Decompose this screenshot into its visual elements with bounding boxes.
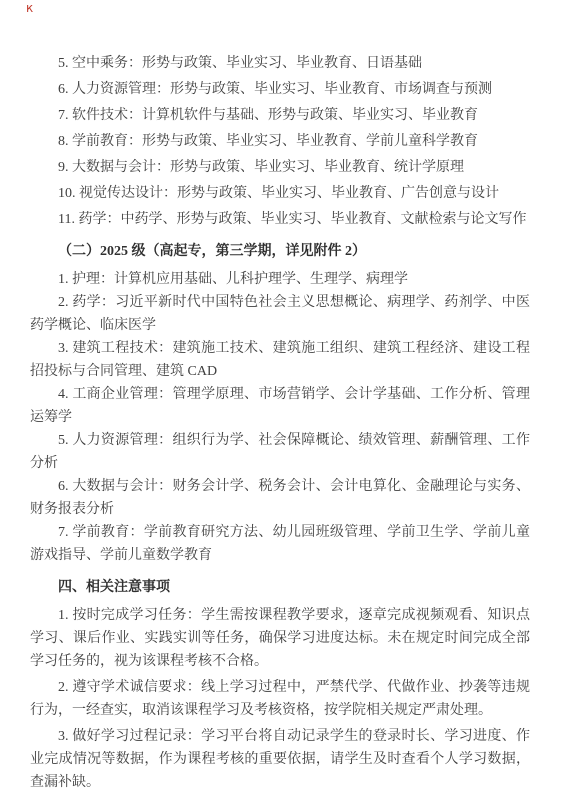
course-list-item: 8. 学前教育：形势与政策、毕业实习、毕业教育、学前儿童科学教育 [30, 130, 530, 153]
course-list-item: 2. 药学：习近平新时代中国特色社会主义思想概论、病理学、药剂学、中医药学概论、… [30, 291, 530, 337]
course-list-item: 11. 药学：中药学、形势与政策、毕业实习、毕业教育、文献检索与论文写作 [30, 208, 530, 231]
section-heading-2025-level: （二）2025 级（高起专，第三学期，详见附件 2） [30, 240, 530, 263]
course-list-item: 6. 大数据与会计：财务会计学、税务会计、会计电算化、金融理论与实务、财务报表分… [30, 475, 530, 521]
course-list-item: 10. 视觉传达设计：形势与政策、毕业实习、毕业教育、广告创意与设计 [30, 182, 530, 205]
course-list-item: 3. 建筑工程技术：建筑施工技术、建筑施工组织、建筑工程经济、建设工程招投标与合… [30, 337, 530, 383]
course-list-item: 6. 人力资源管理：形势与政策、毕业实习、毕业教育、市场调查与预测 [30, 78, 530, 101]
red-corner-mark: к [26, 2, 33, 14]
document-content: 5. 空中乘务：形势与政策、毕业实习、毕业教育、日语基础 6. 人力资源管理：形… [0, 0, 563, 794]
notes-section: 1. 按时完成学习任务：学生需按课程教学要求，逐章完成视频观看、知识点学习、课后… [30, 604, 530, 794]
course-list-item: 1. 护理：计算机应用基础、儿科护理学、生理学、病理学 [30, 268, 530, 291]
note-item: 1. 按时完成学习任务：学生需按课程教学要求，逐章完成视频观看、知识点学习、课后… [30, 604, 530, 673]
course-list-item: 4. 工商企业管理：管理学原理、市场营销学、会计学基础、工作分析、管理运筹学 [30, 383, 530, 429]
course-list-item: 7. 学前教育：学前教育研究方法、幼儿园班级管理、学前卫生学、学前儿童游戏指导、… [30, 521, 530, 567]
course-list-item: 7. 软件技术：计算机软件与基础、形势与政策、毕业实习、毕业教育 [30, 104, 530, 127]
course-list-section-first: 5. 空中乘务：形势与政策、毕业实习、毕业教育、日语基础 6. 人力资源管理：形… [30, 52, 530, 231]
note-item: 2. 遵守学术诚信要求：线上学习过程中，严禁代学、代做作业、抄袭等违规行为，一经… [30, 676, 530, 722]
section-heading-notes: 四、相关注意事项 [30, 576, 530, 599]
document-page: к 5. 空中乘务：形势与政策、毕业实习、毕业教育、日语基础 6. 人力资源管理… [0, 0, 563, 795]
course-list-item: 5. 人力资源管理：组织行为学、社会保障概论、绩效管理、薪酬管理、工作分析 [30, 429, 530, 475]
course-list-item: 9. 大数据与会计：形势与政策、毕业实习、毕业教育、统计学原理 [30, 156, 530, 179]
course-list-section-2025: 1. 护理：计算机应用基础、儿科护理学、生理学、病理学 2. 药学：习近平新时代… [30, 268, 530, 567]
course-list-item: 5. 空中乘务：形势与政策、毕业实习、毕业教育、日语基础 [30, 52, 530, 75]
note-item: 3. 做好学习过程记录：学习平台将自动记录学生的登录时长、学习进度、作业完成情况… [30, 725, 530, 794]
